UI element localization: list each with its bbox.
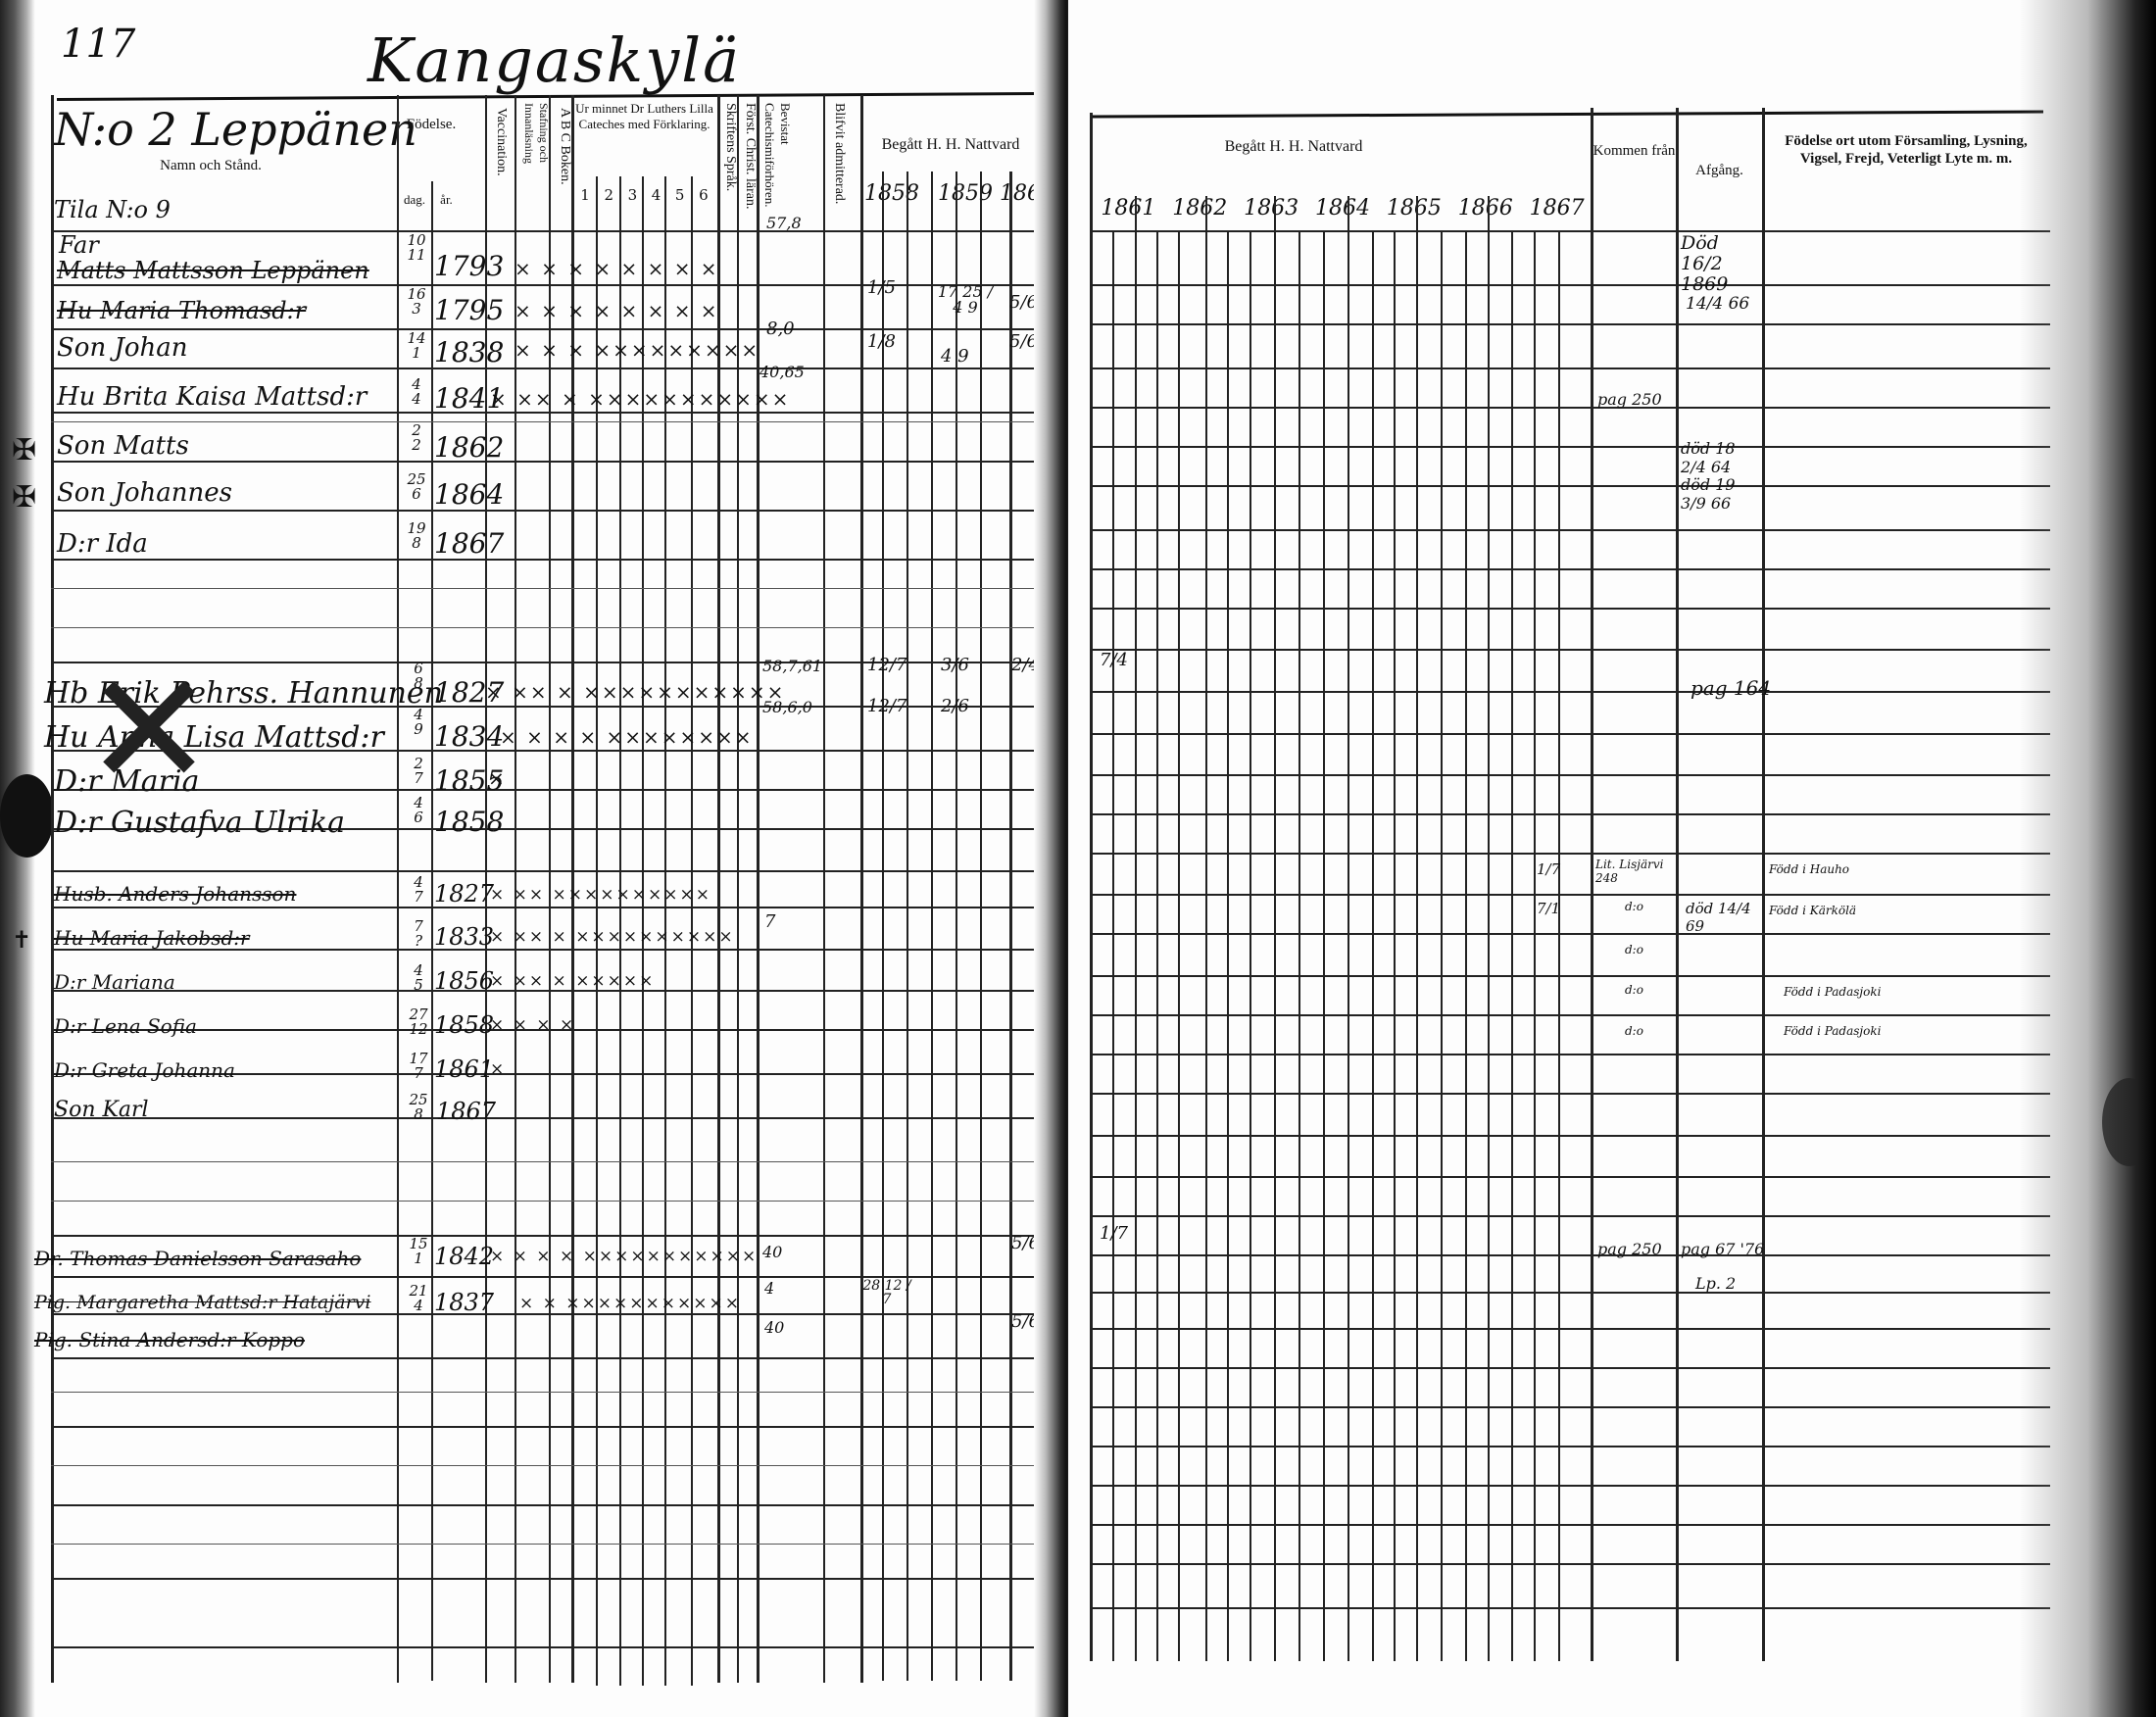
came-from-note: pag 250	[1597, 1240, 1662, 1258]
grid-row-line	[1090, 529, 2050, 531]
entry-name: D:r Lena Sofia	[54, 1014, 197, 1038]
grid-row-line	[1090, 1406, 2050, 1408]
name-column-header: Namn och Stånd.	[152, 157, 269, 174]
came-from-note: d:o	[1625, 943, 1643, 957]
birth-month: 2	[412, 436, 421, 454]
catechism-col-2: 2	[604, 186, 613, 204]
birth-month: 5	[414, 976, 423, 994]
birth-date: 141	[402, 331, 431, 361]
catechism-col-5: 5	[675, 186, 685, 204]
remarks-note: Född i Padasjoki	[1784, 985, 1881, 999]
grid-line	[1488, 196, 1490, 1661]
birth-date: 7?	[404, 919, 433, 949]
departure-note: Död 16/2 1869	[1681, 233, 1764, 295]
literacy-marks: × × × ×	[490, 1015, 575, 1035]
remarks-note: Född i Kärkölä	[1769, 904, 1856, 917]
literacy-marks: × × × ×××××××××	[514, 338, 759, 362]
birth-year: 1795	[434, 294, 504, 326]
came-from-note: d:o	[1625, 983, 1643, 997]
death-cross-icon: ✠	[12, 433, 36, 467]
entry-name: Far	[59, 231, 99, 259]
birth-year: 1858	[434, 1011, 494, 1039]
catechism-hearings-header: Bevistat Catechismiförhören.	[759, 103, 793, 211]
entry-name: Son Johan	[57, 333, 188, 363]
grid-line	[1762, 108, 1765, 1661]
birth-year: 1842	[434, 1243, 494, 1270]
grid-row-line	[51, 1161, 1036, 1162]
communion-1859: 2/6	[941, 698, 969, 715]
birth-month: 6	[412, 485, 421, 503]
grid-row-line	[51, 421, 1036, 422]
communion-1858: 1/5	[867, 279, 896, 297]
grid-line	[931, 172, 933, 1681]
communion-year-1864: 1864	[1307, 196, 1379, 221]
communion-1866: 1/7	[1537, 862, 1560, 877]
birth-date: 151	[404, 1237, 433, 1266]
birth-month: 1	[414, 1250, 423, 1267]
household-number: N:o 2	[54, 103, 177, 156]
birth-year: 1833	[434, 923, 494, 951]
spelling-header: Stafning och Innanläsning	[519, 103, 551, 221]
entry-name: Husb. Anders Johansson	[54, 882, 296, 906]
birth-month: 7	[414, 769, 423, 787]
literacy-marks: × ×× ××××××××××	[490, 885, 711, 905]
grid-row-line	[51, 559, 1036, 561]
birth-month: 12	[409, 1020, 427, 1038]
departure-note: död 19 3/9 66	[1681, 475, 1764, 513]
grid-row-line	[1090, 774, 2050, 776]
birth-month: ?	[415, 932, 422, 950]
grid-row-line	[51, 1357, 1036, 1359]
birth-date: 49	[404, 708, 433, 737]
grid-row-line	[51, 230, 1036, 232]
left-page: 117 Kangaskylä N:o 2 Leppänen Namn och S…	[0, 0, 1068, 1717]
departure-note: pag 164	[1690, 676, 1771, 700]
grid-row-line	[51, 1426, 1036, 1428]
birth-year: 1867	[436, 1098, 496, 1125]
catechism-col-3: 3	[628, 186, 638, 204]
communion-header-right: Begått H. H. Nattvard	[1147, 137, 1441, 156]
birth-year: 1864	[434, 478, 504, 511]
entry-name: Pig. Stina Andersd:r Koppo	[34, 1328, 305, 1351]
grid-row-line	[1090, 813, 2050, 815]
birth-year: 1858	[434, 806, 504, 838]
grid-row-line	[1090, 894, 2050, 896]
departure-note: Lp. 2	[1695, 1274, 1736, 1293]
birth-date: 198	[402, 521, 431, 551]
literacy-marks: × ×× × ×××××××××××	[490, 387, 790, 411]
birth-column-header: Födelse.	[397, 116, 465, 133]
grid-line	[980, 172, 982, 1681]
communion-year-1861: 1861	[1093, 196, 1164, 221]
household-title: N:o 2 Leppänen	[54, 103, 417, 156]
hearings-value: 40,65	[759, 363, 805, 381]
birth-year-header: år.	[434, 192, 459, 208]
birth-date: 44	[402, 377, 431, 407]
birth-year: 1837	[434, 1289, 494, 1316]
grid-row-line	[1090, 608, 2050, 610]
grid-line	[757, 95, 759, 1683]
grid-row-line	[51, 1504, 1036, 1506]
grid-row-line	[51, 588, 1036, 589]
grid-row-line	[51, 328, 1036, 330]
entry-name: Son Matts	[57, 431, 189, 461]
communion-1858: 12/7	[867, 698, 906, 715]
birth-date: 1011	[402, 233, 431, 263]
came-from-header: Kommen från	[1592, 142, 1676, 160]
birth-date: 163	[402, 287, 431, 317]
departure-note: död 18 2/4 64	[1681, 439, 1764, 476]
village-title: Kangaskylä	[367, 25, 741, 96]
birth-date: 256	[402, 472, 431, 502]
entry-name: Son Karl	[54, 1098, 149, 1122]
page-edge-shadow	[2019, 0, 2156, 1717]
departure-note: död 14/4 69	[1686, 900, 1764, 935]
vaccination-header: Vaccination.	[493, 108, 509, 230]
grid-row-line	[51, 907, 1036, 908]
grid-row-line	[1090, 1054, 2050, 1055]
grid-row-line	[1090, 1014, 2050, 1016]
grid-row-line	[1090, 368, 2050, 369]
birth-month: 9	[414, 720, 423, 738]
grid-row-line	[51, 1117, 1036, 1119]
grid-line	[823, 95, 825, 1683]
grid-row-line	[51, 1646, 1036, 1648]
birth-month: 7	[414, 1064, 423, 1082]
header-rule	[1093, 110, 2043, 118]
hearings-value: 57,8	[766, 214, 802, 232]
grid-row-line	[1090, 1292, 2050, 1294]
grid-row-line	[1090, 1328, 2050, 1330]
household-name: Leppänen	[191, 103, 417, 156]
death-cross-icon: ✠	[12, 480, 36, 515]
communion-1861: 1/7	[1100, 1225, 1128, 1243]
literacy-marks: × ×× × ××××××××××	[490, 927, 735, 947]
communion-year-1858: 1858	[862, 181, 921, 207]
entry-name: Pig. Margaretha Mattsd:r Hatajärvi	[34, 1292, 370, 1313]
literacy-marks: × × × × × × × ×	[514, 257, 719, 280]
grid-row-line	[51, 1313, 1036, 1315]
hearings-value: 58,6,0	[762, 698, 812, 716]
catechism-col-6: 6	[699, 186, 709, 204]
grid-row-line	[51, 1392, 1036, 1393]
page-edge-shadow	[0, 0, 35, 1717]
entry-name: Son Johannes	[57, 478, 232, 508]
entry-name: D:r Ida	[57, 529, 148, 559]
birth-year: 1793	[434, 250, 504, 282]
communion-1858: 28 12 / 7	[862, 1279, 911, 1306]
grid-row-line	[1090, 1176, 2050, 1178]
grid-row-line	[51, 627, 1036, 628]
binder-clip	[0, 774, 54, 858]
grid-row-line	[1090, 568, 2050, 570]
communion-header-left: Begått H. H. Nattvard	[862, 135, 1039, 154]
entry-name: Hu Brita Kaisa Mattsd:r	[57, 382, 367, 412]
birth-year: 1862	[434, 431, 504, 464]
communion-year-1867: 1867	[1521, 196, 1592, 221]
grid-row-line	[1090, 1563, 2050, 1565]
grid-row-line	[1090, 1367, 2050, 1369]
birth-month: 8	[412, 534, 421, 552]
communion-1859: 17 25 / 4 9	[936, 284, 995, 316]
literacy-marks: × ×× × ×××××	[490, 971, 655, 991]
hearings-value: 7	[764, 911, 775, 932]
grid-row-line	[1090, 691, 2050, 693]
came-from-note: d:o	[1625, 1024, 1643, 1038]
communion-1859: 4 9	[941, 348, 969, 366]
grid-row-line	[1090, 975, 2050, 977]
grid-line	[1274, 196, 1276, 1661]
grid-row-line	[51, 368, 1036, 369]
grid-line	[717, 95, 720, 1683]
grid-row-line	[1090, 933, 2050, 935]
catechism-col-4: 4	[652, 186, 661, 204]
came-from-note: pag 250	[1597, 390, 1662, 409]
communion-year-1866: 1866	[1449, 196, 1521, 221]
communion-year-1865: 1865	[1378, 196, 1449, 221]
grid-row-line	[51, 870, 1036, 872]
grid-line	[1135, 196, 1137, 1661]
grid-line	[906, 172, 908, 1681]
grid-row-line	[1090, 1135, 2050, 1137]
grid-row-line	[1090, 733, 2050, 735]
birth-month: 6	[414, 809, 423, 826]
grid-line	[737, 95, 739, 1683]
birth-day-header: dag.	[400, 192, 429, 208]
birth-month: 8	[414, 1105, 423, 1123]
catechism-col-1: 1	[580, 186, 590, 204]
literacy-marks: × × × × ×××××××××××	[490, 1247, 758, 1266]
abc-header: A B C Boken.	[557, 108, 572, 230]
grid-line	[1416, 196, 1418, 1661]
departure-note: pag 67 '76	[1681, 1240, 1764, 1258]
departure-note: 14/4 66	[1686, 294, 1749, 314]
literacy-marks: × × × × × × × ×	[514, 299, 719, 322]
grid-row-line	[1090, 649, 2050, 651]
grid-row-line	[51, 412, 1036, 414]
grid-line	[1090, 113, 1093, 1661]
grid-row-line	[1090, 1093, 2050, 1095]
communion-year-1863: 1863	[1236, 196, 1307, 221]
birth-month: 11	[407, 246, 425, 264]
ledger-spread: 117 Kangaskylä N:o 2 Leppänen Namn och S…	[0, 0, 2156, 1717]
grid-row-line	[51, 1544, 1036, 1545]
hearings-value: 58,7,61	[762, 657, 822, 675]
grid-line	[1591, 108, 1593, 1661]
communion-1861: 7/4	[1100, 652, 1128, 669]
grid-line	[882, 172, 884, 1681]
birth-date: 22	[402, 423, 431, 453]
scripture-header: Skriftens Språk.	[722, 103, 738, 230]
came-from-note: d:o	[1625, 900, 1643, 913]
communion-1858: 12/7	[867, 657, 906, 674]
hearings-value: 8,0	[766, 319, 795, 339]
entry-name: Hu Maria Thomasd:r	[57, 297, 306, 324]
birth-month: 4	[412, 390, 421, 408]
birth-year: 1856	[434, 967, 494, 995]
communion-year-1862: 1862	[1164, 196, 1236, 221]
birth-year: 1867	[434, 527, 504, 560]
grid-row-line	[1090, 1446, 2050, 1447]
entry-name: D:r Greta Johanna	[54, 1058, 235, 1082]
grid-row-line	[51, 510, 1036, 512]
birth-date: 258	[404, 1093, 433, 1122]
grid-row-line	[1090, 323, 2050, 325]
right-page: Begått H. H. Nattvard 1861 1862 1863 186…	[1068, 0, 2156, 1717]
grid-line	[1676, 108, 1679, 1661]
remarks-note: Född i Hauho	[1769, 862, 1849, 876]
grid-line	[1009, 172, 1012, 1681]
literacy-marks: × × ×××××××××××	[519, 1294, 741, 1313]
hearings-value: 4	[764, 1279, 774, 1298]
birth-year: 1834	[434, 720, 504, 753]
literacy-marks: ×	[488, 766, 507, 790]
hearings-value: 40	[762, 1243, 782, 1261]
literacy-marks: × × × × ××××××××	[500, 725, 754, 749]
came-from-note: Lit. Lisjärvi 248	[1595, 858, 1674, 885]
birth-year: 1838	[434, 336, 504, 368]
remarks-header: Födelse ort utom Församling, Lysning, Vi…	[1764, 132, 2048, 168]
grid-row-line	[51, 1465, 1036, 1466]
birth-date: 46	[404, 796, 433, 825]
grid-line	[1347, 196, 1349, 1661]
birth-date: 47	[404, 875, 433, 905]
hearings-value: 40	[764, 1318, 784, 1337]
birth-date: 2712	[404, 1007, 433, 1037]
grid-line	[860, 95, 863, 1683]
grid-line	[955, 172, 957, 1681]
communion-years-row: 1861 1862 1863 1864 1865 1866 1867	[1093, 196, 1592, 221]
death-cross-icon: ✝	[12, 926, 31, 954]
literacy-marks: ×	[490, 1059, 506, 1079]
grid-row-line	[1090, 284, 2050, 286]
grid-row-line	[51, 1201, 1036, 1202]
grid-row-line	[1090, 485, 2050, 487]
grid-row-line	[51, 1235, 1036, 1237]
remarks-note: Född i Padasjoki	[1784, 1024, 1881, 1038]
birth-date: 27	[404, 757, 433, 786]
christian-doctrine-header: Först. Christ. läran.	[742, 103, 758, 230]
departure-header: Afgång.	[1678, 162, 1761, 179]
birth-date: 177	[404, 1052, 433, 1081]
entry-name: Matts Mattsson Leppänen	[57, 257, 369, 284]
entry-name: Tila N:o 9	[54, 196, 171, 223]
communion-1858: 1/8	[867, 333, 896, 351]
page-number: 117	[61, 22, 135, 67]
birth-month: 8	[414, 674, 423, 692]
birth-month: 4	[414, 1297, 423, 1314]
grid-row-line	[1090, 1485, 2050, 1487]
grid-row-line	[1090, 407, 2050, 409]
birth-month: 3	[412, 300, 421, 318]
birth-year: 1827	[434, 880, 494, 908]
grid-row-line	[1090, 1215, 2050, 1217]
catechism-subcolumns: 1 2 3 4 5 6	[573, 186, 715, 204]
birth-date: 45	[404, 963, 433, 993]
birth-date: 214	[404, 1284, 433, 1313]
grid-row-line	[51, 461, 1036, 463]
grid-row-line	[1090, 853, 2050, 855]
grid-row-line	[1090, 1524, 2050, 1526]
entry-name: Dr. Thomas Danielsson Sarasaho	[34, 1247, 361, 1270]
communion-1866: 7/1	[1537, 902, 1560, 916]
entry-name: Hu Maria Jakobsd:r	[54, 926, 250, 950]
grid-row-line	[1090, 1607, 2050, 1609]
birth-date: 68	[404, 662, 433, 691]
catechism-header: Ur minnet Dr Luthers Lilla Cateches med …	[573, 101, 715, 131]
admitted-header: Blifvit admitterad.	[831, 103, 847, 221]
communion-year-1860: 1860	[1000, 181, 1039, 207]
communion-1859: 3/6	[941, 657, 969, 674]
grid-line	[397, 95, 399, 1683]
communion-year-1859: 1859	[936, 181, 995, 207]
birth-month: 1	[412, 344, 421, 362]
grid-row-line	[1090, 230, 2050, 232]
literacy-marks: × ×× × ×××××××××××	[485, 680, 785, 704]
entry-name: D:r Mariana	[54, 970, 175, 994]
grid-row-line	[51, 1578, 1036, 1580]
grid-line	[1205, 196, 1207, 1661]
birth-year: 1861	[434, 1055, 494, 1083]
birth-month: 7	[414, 888, 423, 906]
grid-row-line	[1090, 1254, 2050, 1256]
cancel-cross-icon: ✕	[83, 652, 215, 809]
grid-row-line	[1090, 446, 2050, 448]
